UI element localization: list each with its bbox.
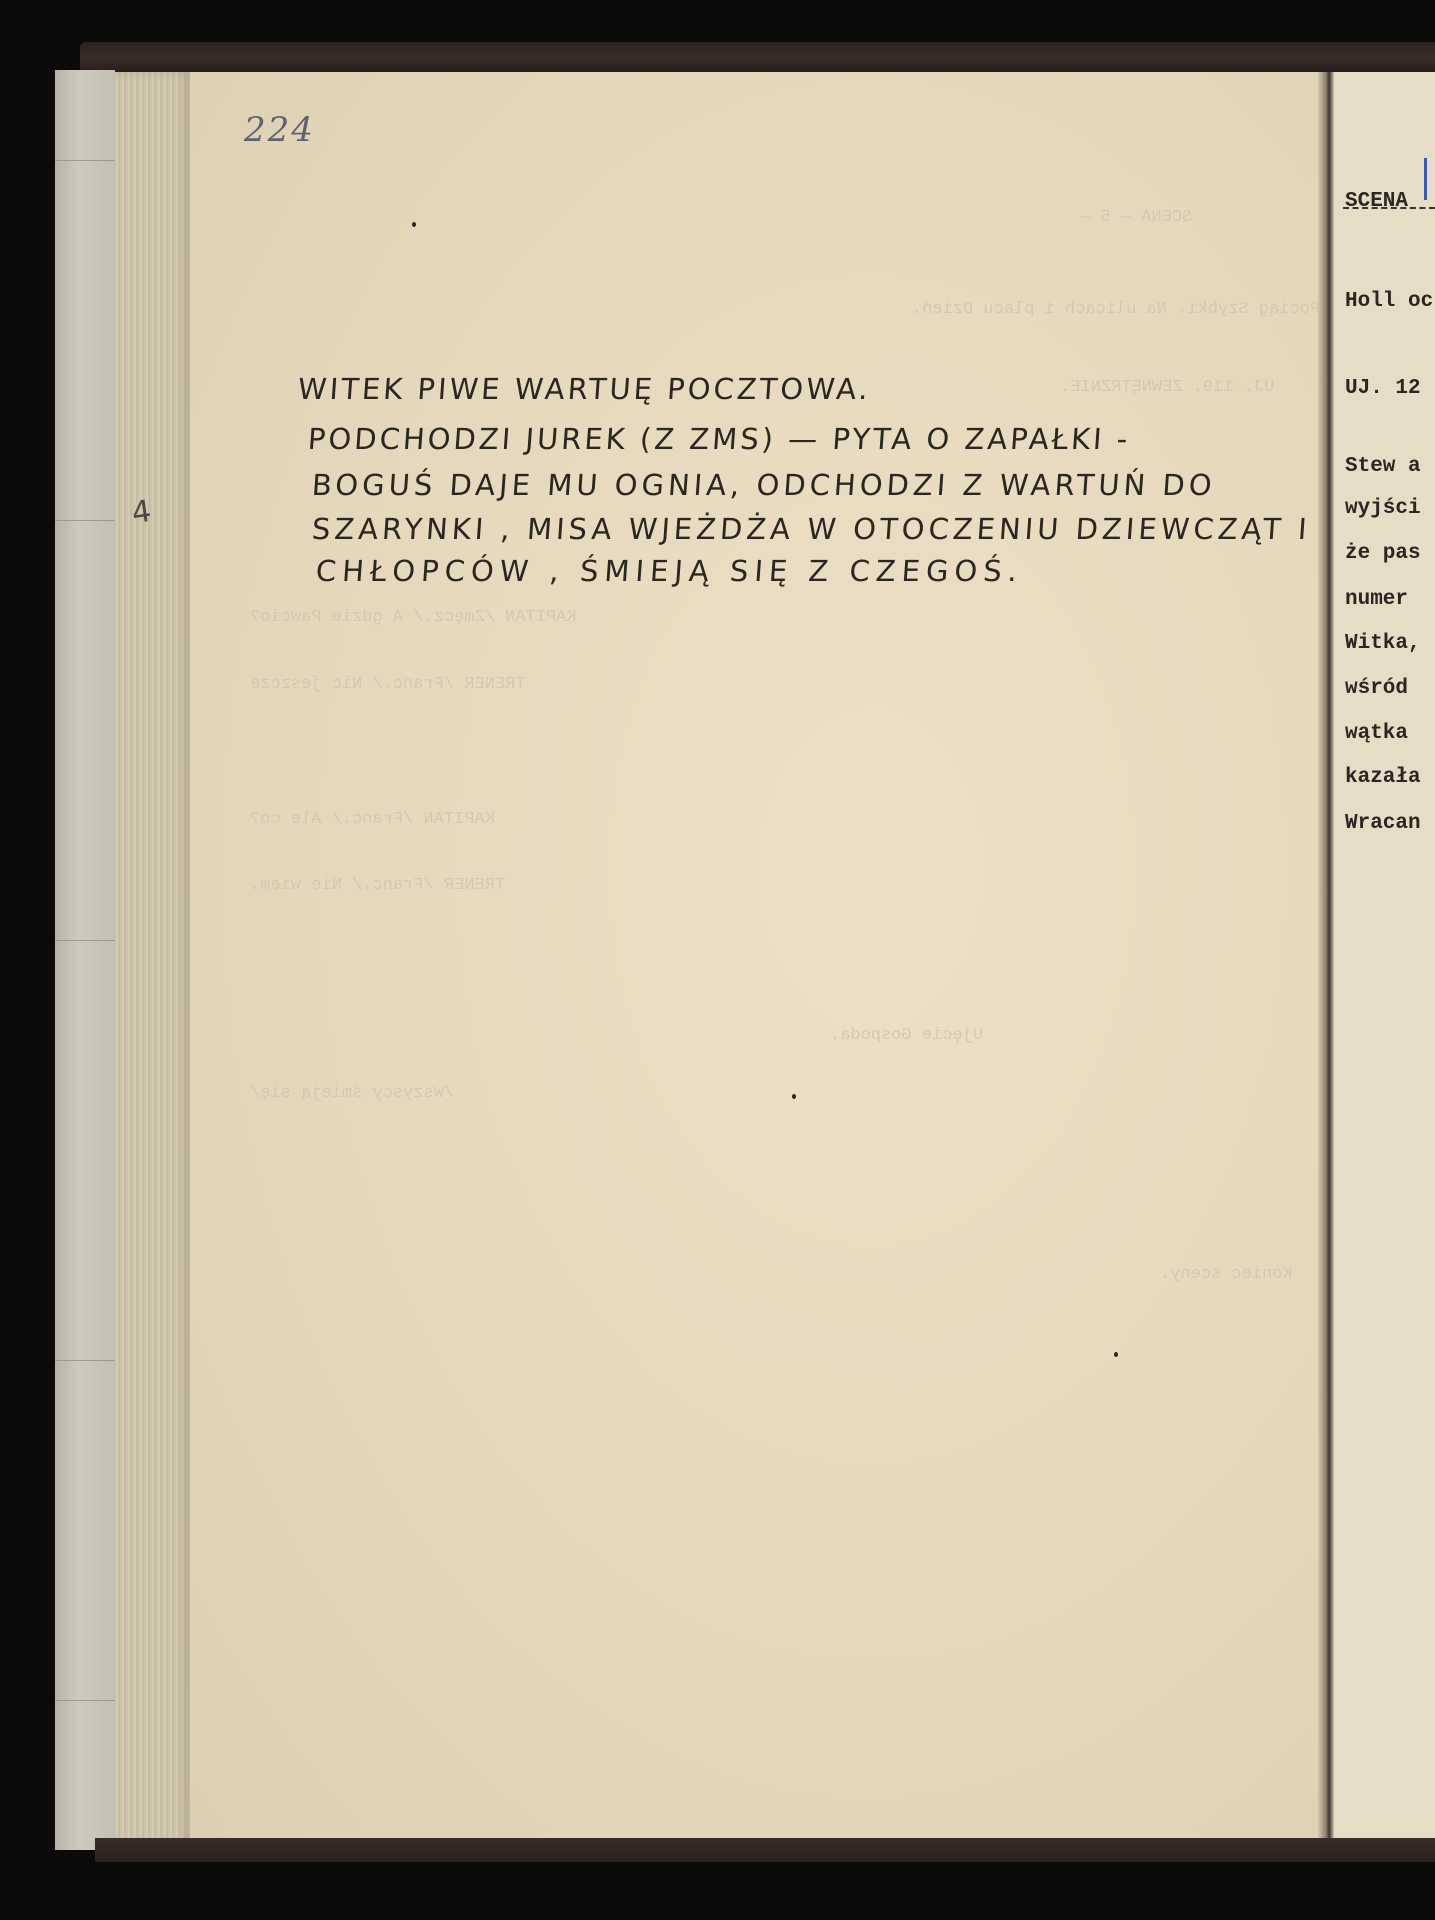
ink-speck <box>1114 1352 1118 1357</box>
book-cover-top-edge <box>80 42 1435 74</box>
typed-line: wątka <box>1345 722 1408 745</box>
book-side-tabs <box>55 70 115 1850</box>
typed-line: numer <box>1345 588 1408 611</box>
handwritten-line: SZARYNKI , MISA WJEŻDŻA W OTOCZENIU DZIE… <box>311 512 1312 546</box>
typed-line: że pas <box>1345 542 1421 565</box>
left-page <box>190 72 1325 1844</box>
typed-line: Witka, <box>1345 632 1421 655</box>
typed-line: kazała <box>1345 766 1421 789</box>
typed-line: Stew a <box>1345 455 1421 478</box>
tab-divider <box>55 520 115 521</box>
handwritten-line: CHŁOPCÓW , ŚMIEJĄ SIĘ Z CZEGOŚ. <box>315 554 1024 588</box>
ink-speck <box>412 222 416 227</box>
handwritten-line: BOGUŚ DAJE MU OGNIA, ODCHODZI Z WARTUŃ D… <box>311 468 1217 502</box>
tab-divider <box>55 1360 115 1361</box>
typed-line: Holl oc <box>1345 290 1433 313</box>
bleed-line: Ujęcie Gospoda. <box>830 1026 983 1045</box>
typed-line: UJ. 12 <box>1345 377 1421 400</box>
typed-line: Wracan <box>1345 812 1421 835</box>
tab-divider <box>55 940 115 941</box>
right-page <box>1334 72 1435 1844</box>
tab-divider <box>55 160 115 161</box>
heading-underline <box>1343 207 1435 209</box>
bleed-line: UJ. 119. ZEWNĘTRZNIE. <box>1060 378 1274 397</box>
handwritten-line: WITEK PIWE WARTUĘ POCZTOWA. <box>297 372 872 406</box>
bleed-line: SCENA — 5 — <box>1080 208 1192 227</box>
page-stack-edge <box>115 72 190 1844</box>
tab-divider <box>55 1700 115 1701</box>
bleed-line: Koniec sceny. <box>1160 1265 1293 1284</box>
page-number: 224 <box>244 110 315 150</box>
typed-line: wyjści <box>1345 497 1421 520</box>
book-cover-bottom-edge <box>95 1838 1435 1862</box>
bleed-line: KAPITAN /Zmęcz./ A gdzie Pawcio? <box>250 608 576 627</box>
bleed-line: TRENER /Franc./ Nic jeszcze <box>250 675 525 694</box>
book-gutter <box>1318 72 1334 1844</box>
bleed-line: /Wszyscy śmieją się/ <box>250 1084 454 1103</box>
scene-heading: SCENA <box>1345 190 1408 213</box>
bleed-line: KAPITAN /Franc./ Ale co? <box>250 810 495 829</box>
ink-speck <box>792 1094 796 1099</box>
typed-line: wśród <box>1345 677 1408 700</box>
handwritten-line: PODCHODZI JUREK (Z ZMS) — PYTA O ZAPAŁKI… <box>307 422 1132 456</box>
bleed-line: Pociąg Szybki. Na ulicach i placu Dzień. <box>520 300 1320 319</box>
blue-pencil-mark <box>1424 158 1427 200</box>
bleed-line: TRENER /Franc./ Nie wiem. <box>250 876 505 895</box>
